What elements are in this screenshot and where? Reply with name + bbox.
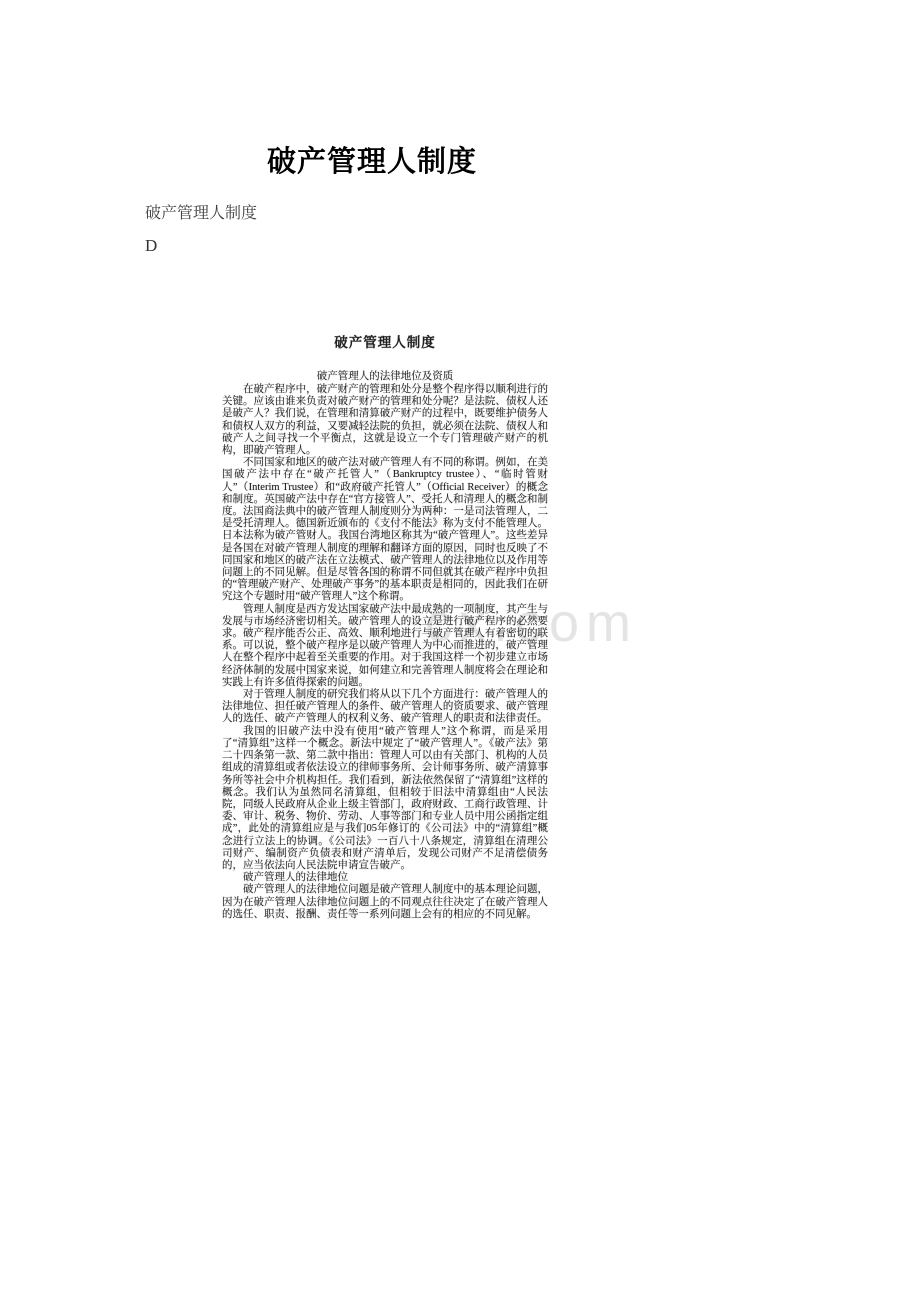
scan-paragraph: 在破产程序中，破产财产的管理和处分是整个程序得以顺利进行的关键。应该由谁来负责对…	[222, 384, 548, 457]
page-title: 破产管理人制度	[0, 139, 744, 180]
scan-paragraph: 破产管理人的法律地位	[222, 872, 548, 884]
scan-paragraph: 我国的旧破产法中没有使用“破产管理人”这个称谓，而是采用了“清算组”这样一个概念…	[222, 726, 548, 872]
scan-paragraph: 破产管理人的法律地位问题是破产管理人制度中的基本理论问题，因为在破产管理人法律地…	[222, 884, 548, 921]
scan-section-heading: 破产管理人的法律地位及资质	[222, 368, 548, 383]
scan-paragraphs: 在破产程序中，破产财产的管理和处分是整个程序得以顺利进行的关键。应该由谁来负责对…	[222, 384, 548, 921]
scan-title: 破产管理人制度	[222, 331, 548, 351]
doc-letter-d: D	[145, 236, 157, 256]
doc-subtitle: 破产管理人制度	[145, 200, 257, 223]
document-scan-image: 破产管理人制度 破产管理人的法律地位及资质 在破产程序中，破产财产的管理和处分是…	[222, 331, 548, 921]
scan-paragraph: 管理人制度是西方发达国家破产法中最成熟的一项制度，其产生与发展与市场经济密切相关…	[222, 604, 548, 689]
page: { "page": { "title": "破产管理人制度", "subtitl…	[0, 0, 920, 1302]
scan-paragraph: 对于管理人制度的研究我们将从以下几个方面进行：破产管理人的法律地位、担任破产管理…	[222, 689, 548, 726]
scan-paragraph: 不同国家和地区的破产法对破产管理人有不同的称谓。例如，在美国破产法中存在“破产托…	[222, 457, 548, 603]
